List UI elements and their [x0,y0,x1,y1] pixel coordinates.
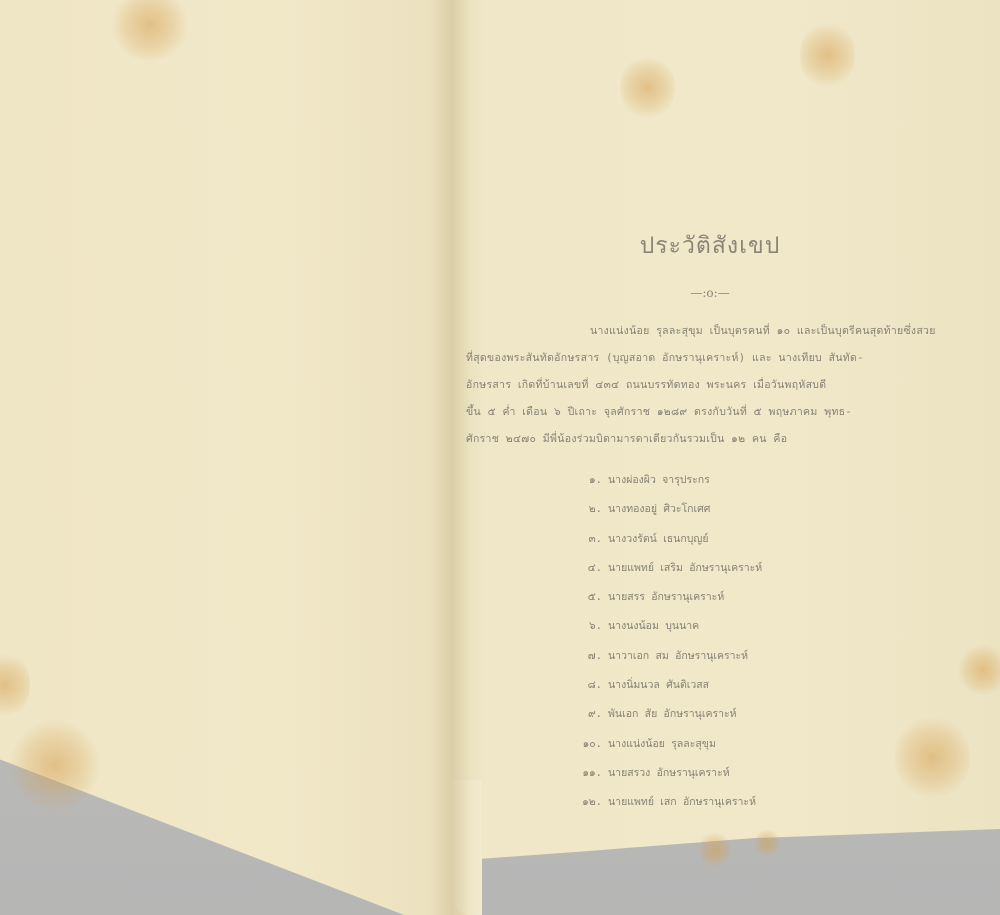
list-item: ๑.นางผ่องผิว จารุประกร [568,466,888,495]
item-name: นายสรวง อักษรานุเคราะห์ [608,767,730,779]
item-name: นางนงน้อม บุนนาค [608,620,699,632]
paragraph-line: อักษรสาร เกิดที่บ้านเลขที่ ๔๓๔ ถนนบรรทัด… [466,372,944,399]
item-name: นางผ่องผิว จารุประกร [608,474,710,486]
biography-paragraph: นางแน่งน้อย รุลละสุขุม เป็นบุตรคนที่ ๑๐ … [466,318,944,453]
list-item: ๙.พันเอก สัย อักษรานุเคราะห์ [568,700,888,729]
item-number: ๑๑. [568,759,602,788]
item-name: นางนิ่มนวล ศันติเวสส [608,679,709,691]
siblings-list: ๑.นางผ่องผิว จารุประกร ๒.นางทองอยู่ ศิวะ… [568,466,888,818]
item-number: ๑๐. [568,730,602,759]
list-item: ๑๐.นางแน่งน้อย รุลละสุขุม [568,730,888,759]
item-name: นางวงรัตน์ เธนกบุญย์ [608,533,708,545]
item-number: ๕. [568,583,602,612]
item-name: นายสรร อักษรานุเคราะห์ [608,591,724,603]
item-number: ๓. [568,525,602,554]
item-number: ๑๒. [568,788,602,817]
paragraph-line: นางแน่งน้อย รุลละสุขุม เป็นบุตรคนที่ ๑๐ … [466,318,944,345]
list-item: ๘.นางนิ่มนวล ศันติเวสส [568,671,888,700]
list-item: ๒.นางทองอยู่ ศิวะโกเศศ [568,495,888,524]
list-item: ๕.นายสรร อักษรานุเคราะห์ [568,583,888,612]
item-name: นางทองอยู่ ศิวะโกเศศ [608,503,710,515]
item-number: ๙. [568,700,602,729]
title-ornament: —:o:— [540,286,880,300]
item-number: ๘. [568,671,602,700]
item-name: นายแพทย์ เสริม อักษรานุเคราะห์ [608,562,762,574]
list-item: ๖.นางนงน้อม บุนนาค [568,612,888,641]
list-item: ๔.นายแพทย์ เสริม อักษรานุเคราะห์ [568,554,888,583]
paragraph-line: ศักราช ๒๔๗๐ มีพี่น้องร่วมบิดามารดาเดียวก… [466,426,944,453]
item-number: ๔. [568,554,602,583]
item-name: พันเอก สัย อักษรานุเคราะห์ [608,708,737,720]
paragraph-line: ที่สุดของพระสันทัดอักษรสาร (บุญสอาด อักษ… [466,345,944,372]
list-item: ๓.นางวงรัตน์ เธนกบุญย์ [568,525,888,554]
list-item: ๗.นาวาเอก สม อักษรานุเคราะห์ [568,642,888,671]
page-title: ประวัติสังเขป [540,228,880,264]
paragraph-line: ขึ้น ๕ ค่ำ เดือน ๖ ปีเถาะ จุลศักราช ๑๒๘๙… [466,399,944,426]
list-item: ๑๒.นายแพทย์ เสก อักษรานุเคราะห์ [568,788,888,817]
item-number: ๑. [568,466,602,495]
item-number: ๗. [568,642,602,671]
item-number: ๖. [568,612,602,641]
list-item: ๑๑.นายสรวง อักษรานุเคราะห์ [568,759,888,788]
item-number: ๒. [568,495,602,524]
item-name: นายแพทย์ เสก อักษรานุเคราะห์ [608,796,756,808]
left-blank-page [0,0,470,915]
page-curl [452,780,482,915]
item-name: นาวาเอก สม อักษรานุเคราะห์ [608,650,748,662]
item-name: นางแน่งน้อย รุลละสุขุม [608,738,716,750]
